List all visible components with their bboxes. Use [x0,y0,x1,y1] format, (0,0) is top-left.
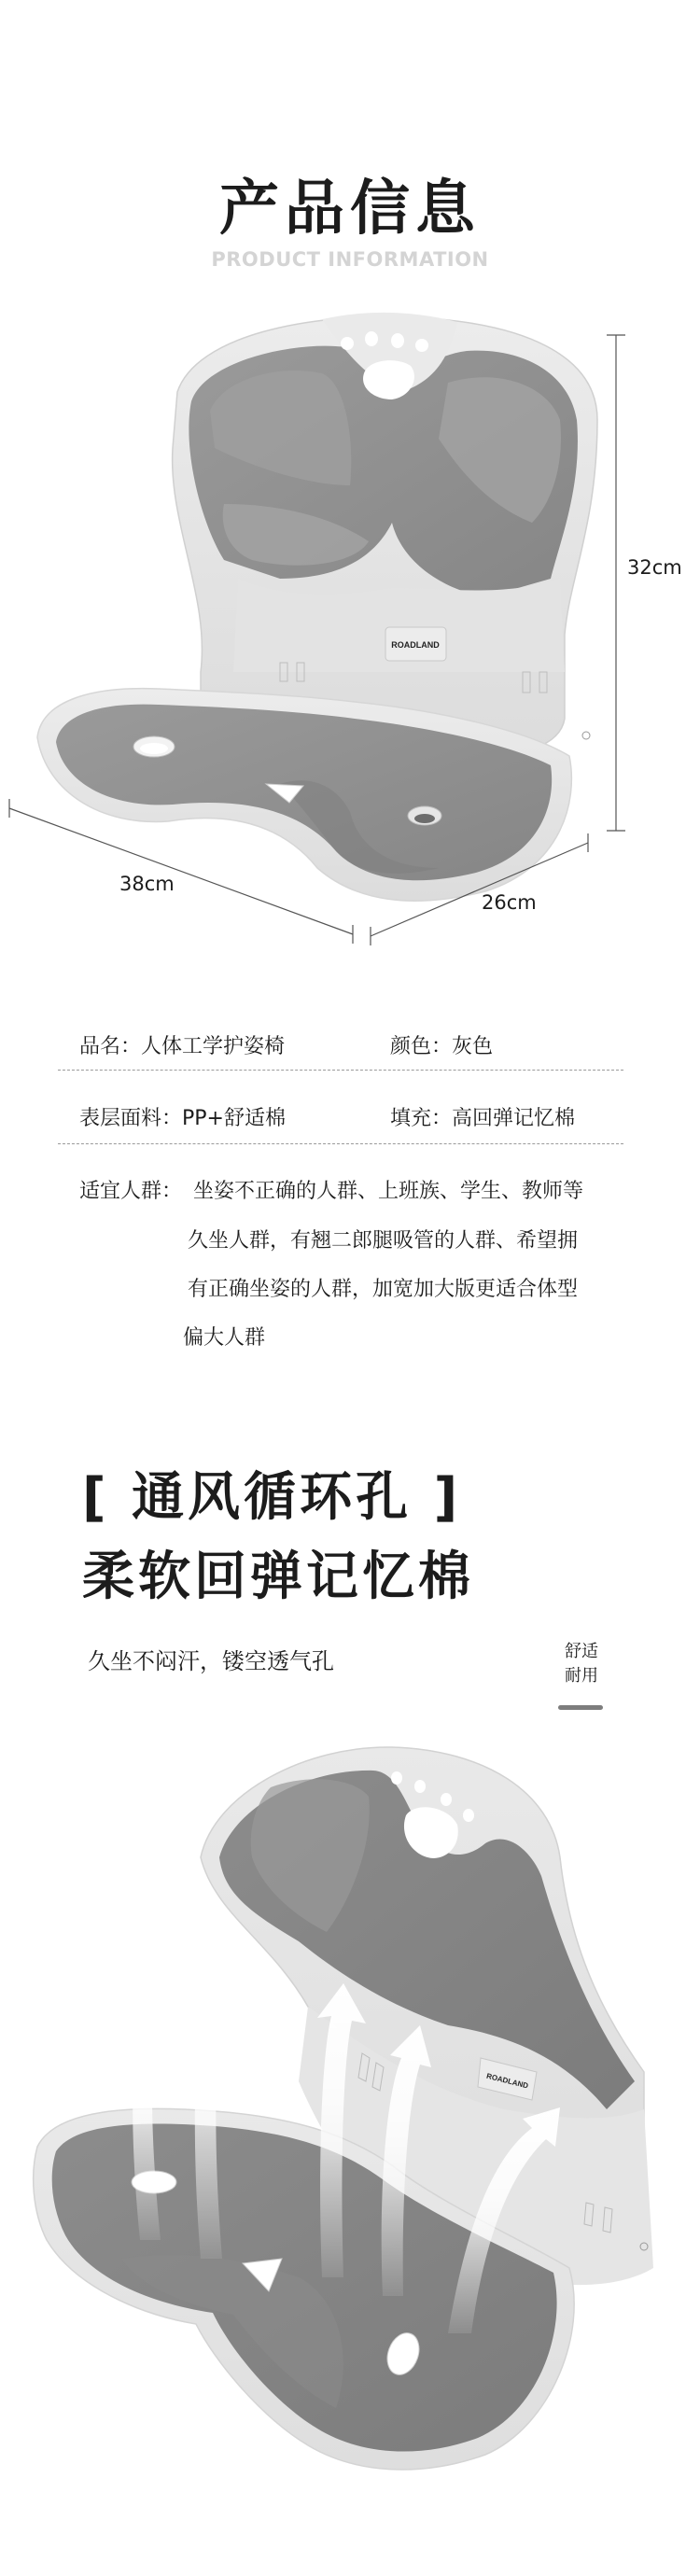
feature-subtitle: 久坐不闷汗，镂空透气孔 [88,1643,334,1675]
dimension-depth-label: 26cm [482,891,537,914]
badge-line2: 耐用 [558,1664,605,1688]
spec-color: 颜色：灰色 [390,1030,493,1059]
spec-divider [58,1070,623,1071]
section-title: 产品信息 [0,161,700,246]
badge-underline [558,1705,603,1710]
spec-filling-label: 填充： [390,1107,452,1130]
spec-material-label: 表层面料： [79,1107,182,1130]
product-image-front: ROADLAND [0,280,700,952]
feature-title-line1: [ 通风循环孔 ] [82,1456,461,1531]
spec-product-name: 品名：人体工学护姿椅 [79,1030,285,1059]
spec-audience-line: 有正确坐姿的人群，加宽加大版更适合体型 [188,1273,578,1302]
spec-name-label: 品名： [79,1035,141,1058]
spec-color-value: 灰色 [452,1035,493,1058]
spec-audience-line: 坐姿不正确的人群、上班族、学生、教师等 [193,1175,583,1204]
dimension-height-label: 32cm [627,556,682,579]
spec-material-value: PP+舒适棉 [182,1107,286,1130]
spec-material: 表层面料：PP+舒适棉 [79,1102,286,1131]
section-subtitle-en: PRODUCT INFORMATION [0,248,700,271]
spec-filling-value: 高回弹记忆棉 [452,1107,575,1130]
spec-audience-line: 偏大人群 [183,1322,265,1351]
badge-line1: 舒适 [558,1640,605,1664]
dimension-width-label: 38cm [119,873,175,895]
spec-filling: 填充：高回弹记忆棉 [390,1102,575,1131]
spec-divider [58,1143,623,1144]
spec-audience-label: 适宜人群： [79,1175,182,1204]
brand-label: ROADLAND [391,640,440,650]
spec-name-value: 人体工学护姿椅 [141,1035,285,1058]
feature-badge: 舒适 耐用 [558,1640,605,1688]
feature-title-line2: 柔软回弹记忆棉 [82,1535,474,1610]
spec-color-label: 颜色： [390,1035,452,1058]
spec-audience-line: 久坐人群，有翘二郎腿吸管的人群、希望拥 [188,1225,578,1253]
product-image-ventilation: ROADLAND [0,1736,700,2576]
